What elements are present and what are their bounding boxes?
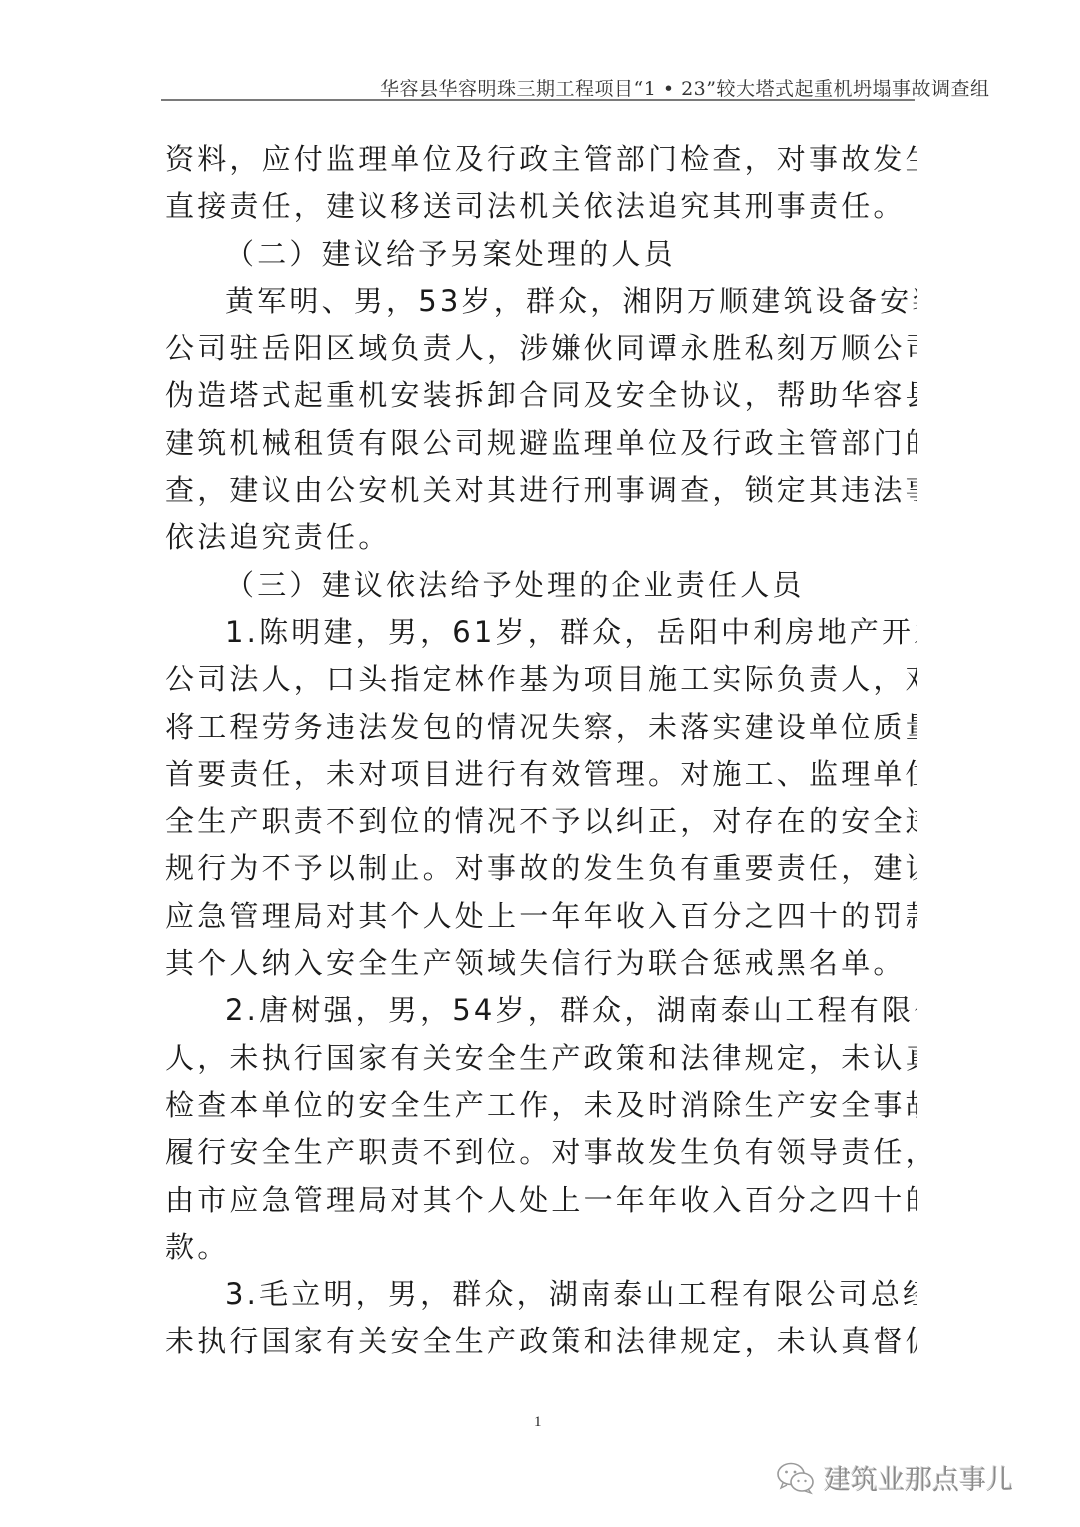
- section-heading-3: （三）建议依法给予处理的企业责任人员: [165, 562, 917, 609]
- paragraph-start: 黄军明、男，53岁，群众，湘阴万顺建筑设备安装有限: [165, 278, 917, 325]
- body-line: 未执行国家有关安全生产政策和法律规定，未认真督促、检: [165, 1318, 917, 1365]
- body-line: 资料，应付监理单位及行政主管部门检查，对事故发生负有: [165, 136, 917, 183]
- body-line: 其个人纳入安全生产领域失信行为联合惩戒黑名单。: [165, 940, 917, 987]
- header-divider: [161, 99, 915, 101]
- body-line: 由市应急管理局对其个人处上一年年收入百分之四十的罚: [165, 1177, 917, 1224]
- section-heading-2: （二）建议给予另案处理的人员: [165, 231, 917, 278]
- paragraph-start: 3.毛立明，男，群众，湖南泰山工程有限公司总经理，: [165, 1271, 917, 1318]
- body-line: 查，建议由公安机关对其进行刑事调查，锁定其违法事实，: [165, 467, 917, 514]
- paragraph-start: 1.陈明建，男，61岁，群众，岳阳中利房地产开发有限: [165, 609, 917, 656]
- body-line: 人，未执行国家有关安全生产政策和法律规定，未认真督促、: [165, 1035, 917, 1082]
- body-line: 规行为不予以制止。对事故的发生负有重要责任，建议由市: [165, 845, 917, 892]
- page-number: 1: [534, 1414, 542, 1431]
- paragraph-start: 2.唐树强，男，54岁，群众，湖南泰山工程有限公司法: [165, 987, 917, 1034]
- watermark-text: 建筑业那点事儿: [824, 1458, 1013, 1497]
- body-line: 全生产职责不到位的情况不予以纠正，对存在的安全违法违: [165, 798, 917, 845]
- wechat-icon: [776, 1461, 816, 1495]
- body-line: 建筑机械租赁有限公司规避监理单位及行政主管部门的检: [165, 420, 917, 467]
- body-line: 履行安全生产职责不到位。对事故发生负有领导责任，建议: [165, 1129, 917, 1176]
- body-line: 将工程劳务违法发包的情况失察，未落实建设单位质量安全: [165, 704, 917, 751]
- body-line: 公司法人，口头指定林作基为项目施工实际负责人，对林作基: [165, 656, 917, 703]
- body-line: 应急管理局对其个人处上一年年收入百分之四十的罚款，将: [165, 893, 917, 940]
- body-line: 检查本单位的安全生产工作，未及时消除生产安全事故隐患，: [165, 1082, 917, 1129]
- watermark: 建筑业那点事儿: [776, 1458, 1013, 1497]
- body-line: 首要责任，未对项目进行有效管理。对施工、监理单位履行安: [165, 751, 917, 798]
- document-header-title: 华容县华容明珠三期工程项目“1 • 23”较大塔式起重机坍塌事故调查组: [380, 74, 915, 101]
- body-line: 款。: [165, 1224, 917, 1271]
- body-line: 公司驻岳阳区域负责人，涉嫌伙同谭永胜私刻万顺公司公章: [165, 325, 917, 372]
- body-line: 伪造塔式起重机安装拆卸合同及安全协议，帮助华容县永胜: [165, 372, 917, 419]
- body-line: 依法追究责任。: [165, 514, 917, 561]
- document-body: 资料，应付监理单位及行政主管部门检查，对事故发生负有 直接责任，建议移送司法机关…: [165, 136, 917, 1366]
- body-line: 直接责任，建议移送司法机关依法追究其刑事责任。: [165, 183, 917, 230]
